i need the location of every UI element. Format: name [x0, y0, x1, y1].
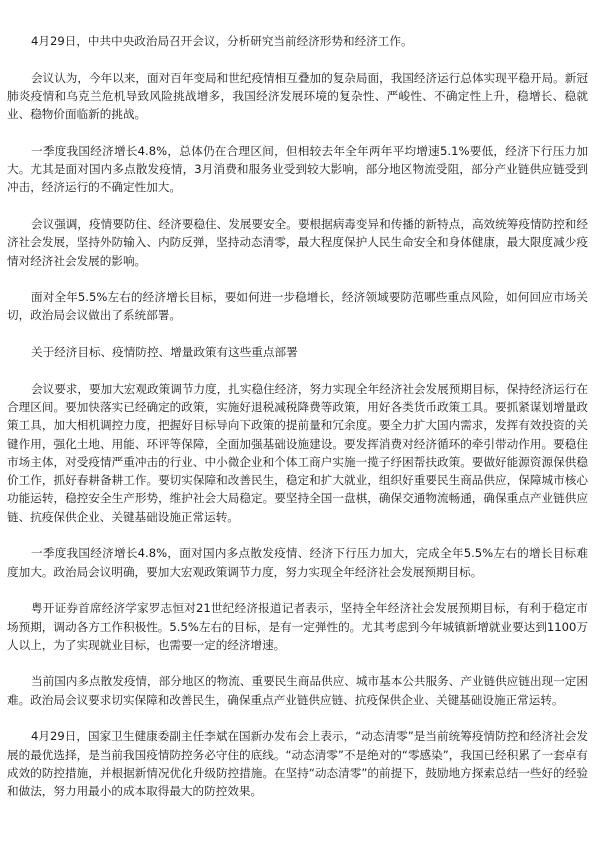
paragraph-epidemic-emphasis: 会议强调，疫情要防住、经济要稳住、发展要安全。要根据病毒变异和传播的新特点，高效… — [7, 215, 588, 270]
paragraph-q1-growth: 一季度我国经济增长4.8%，总体仍在合理区间，但相较去年全年两年平均增速5.1%… — [7, 142, 588, 197]
section-heading: 关于经济目标、疫情防控、增量政策有这些重点部署 — [7, 343, 588, 361]
paragraph-growth-target: 面对全年5.5%左右的经济增长目标，要如何进一步稳增长，经济领域要防范哪些重点风… — [7, 288, 588, 325]
document-page: 4月29日，中共中央政治局召开会议，分析研究当前经济形势和经济工作。 会议认为，… — [7, 32, 588, 819]
paragraph-target-difficulty: 一季度我国经济增长4.8%，面对国内多点散发疫情、经济下行压力加大，完成全年5.… — [7, 544, 588, 581]
paragraph-dynamic-zero: 4月29日，国家卫生健康委副主任李斌在国新办发布会上表示，“动态清零”是当前统筹… — [7, 727, 588, 800]
paragraph-meeting-assessment: 会议认为，今年以来，面对百年变局和世纪疫情相互叠加的复杂局面，我国经济运行总体实… — [7, 69, 588, 124]
paragraph-meeting-requirements: 会议要求，要加大宏观政策调节力度，扎实稳住经济，努力实现全年经济社会发展预期目标… — [7, 380, 588, 526]
paragraph-supply-chain: 当前国内多点散发疫情，部分地区的物流、重要民生商品供应、城市基本公共服务、产业链… — [7, 672, 588, 709]
paragraph-economist-quote: 粤开证券首席经济学家罗志恒对21世纪经济报道记者表示，坚持全年经济社会发展预期目… — [7, 599, 588, 654]
paragraph-politburo-meeting: 4月29日，中共中央政治局召开会议，分析研究当前经济形势和经济工作。 — [7, 32, 588, 50]
